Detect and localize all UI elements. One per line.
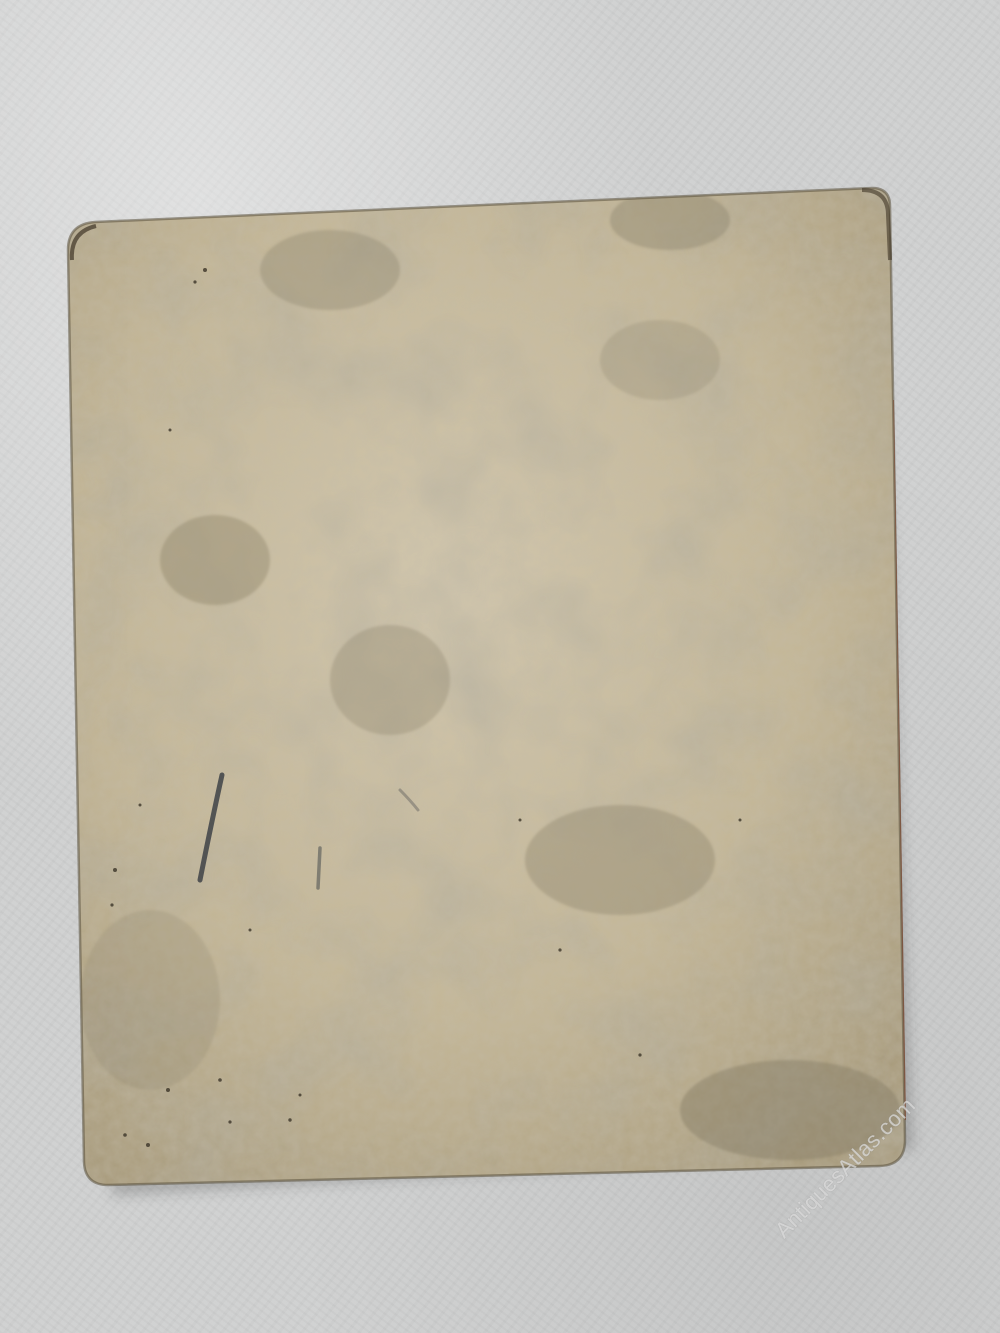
photo-scene: AntiquesAtlas.com <box>0 0 1000 1333</box>
stamp-back <box>0 0 1000 1333</box>
